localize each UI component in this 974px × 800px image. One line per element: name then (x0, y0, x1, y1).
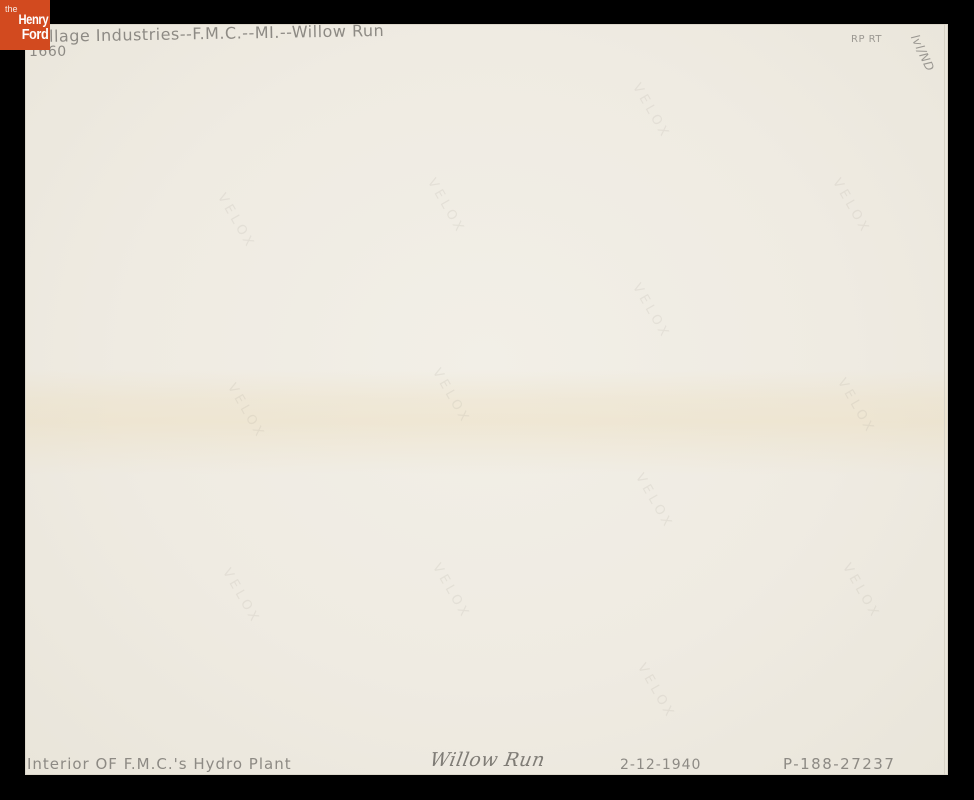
handwritten-mark: lvl/ND (908, 32, 937, 73)
velox-watermark: VELOX (429, 561, 473, 622)
handwritten-initials: RP RT (851, 34, 882, 46)
velox-watermark: VELOX (219, 566, 263, 627)
logo-text-the: the (5, 4, 18, 14)
the-henry-ford-logo: the Henry Ford (0, 0, 50, 50)
velox-watermark: VELOX (224, 381, 268, 442)
handwritten-date: 2-12-1940 (620, 757, 701, 773)
viewer-stage: VELOX VELOX VELOX VELOX VELOX VELOX VELO… (0, 0, 974, 800)
handwritten-catalog-number: P-188-27237 (783, 755, 895, 773)
velox-watermark: VELOX (839, 561, 883, 622)
logo-text-henry: Henry (18, 12, 48, 26)
velox-watermark: VELOX (429, 366, 473, 427)
velox-watermark: VELOX (214, 191, 258, 252)
velox-watermark: VELOX (632, 471, 676, 532)
handwritten-location-signature: Willow Run (428, 749, 547, 771)
velox-watermark: VELOX (629, 81, 673, 142)
velox-watermark: VELOX (424, 176, 468, 237)
logo-text-ford: Ford (21, 27, 48, 42)
photo-verso-paper: VELOX VELOX VELOX VELOX VELOX VELOX VELO… (25, 24, 948, 775)
velox-watermark: VELOX (829, 176, 873, 237)
handwritten-caption: Interior OF F.M.C.'s Hydro Plant (27, 755, 292, 773)
velox-watermark: VELOX (629, 281, 673, 342)
handwritten-title: Village Industries--F.M.C.--MI.--Willow … (33, 24, 384, 46)
velox-watermark: VELOX (634, 661, 678, 722)
velox-watermark: VELOX (834, 376, 878, 437)
